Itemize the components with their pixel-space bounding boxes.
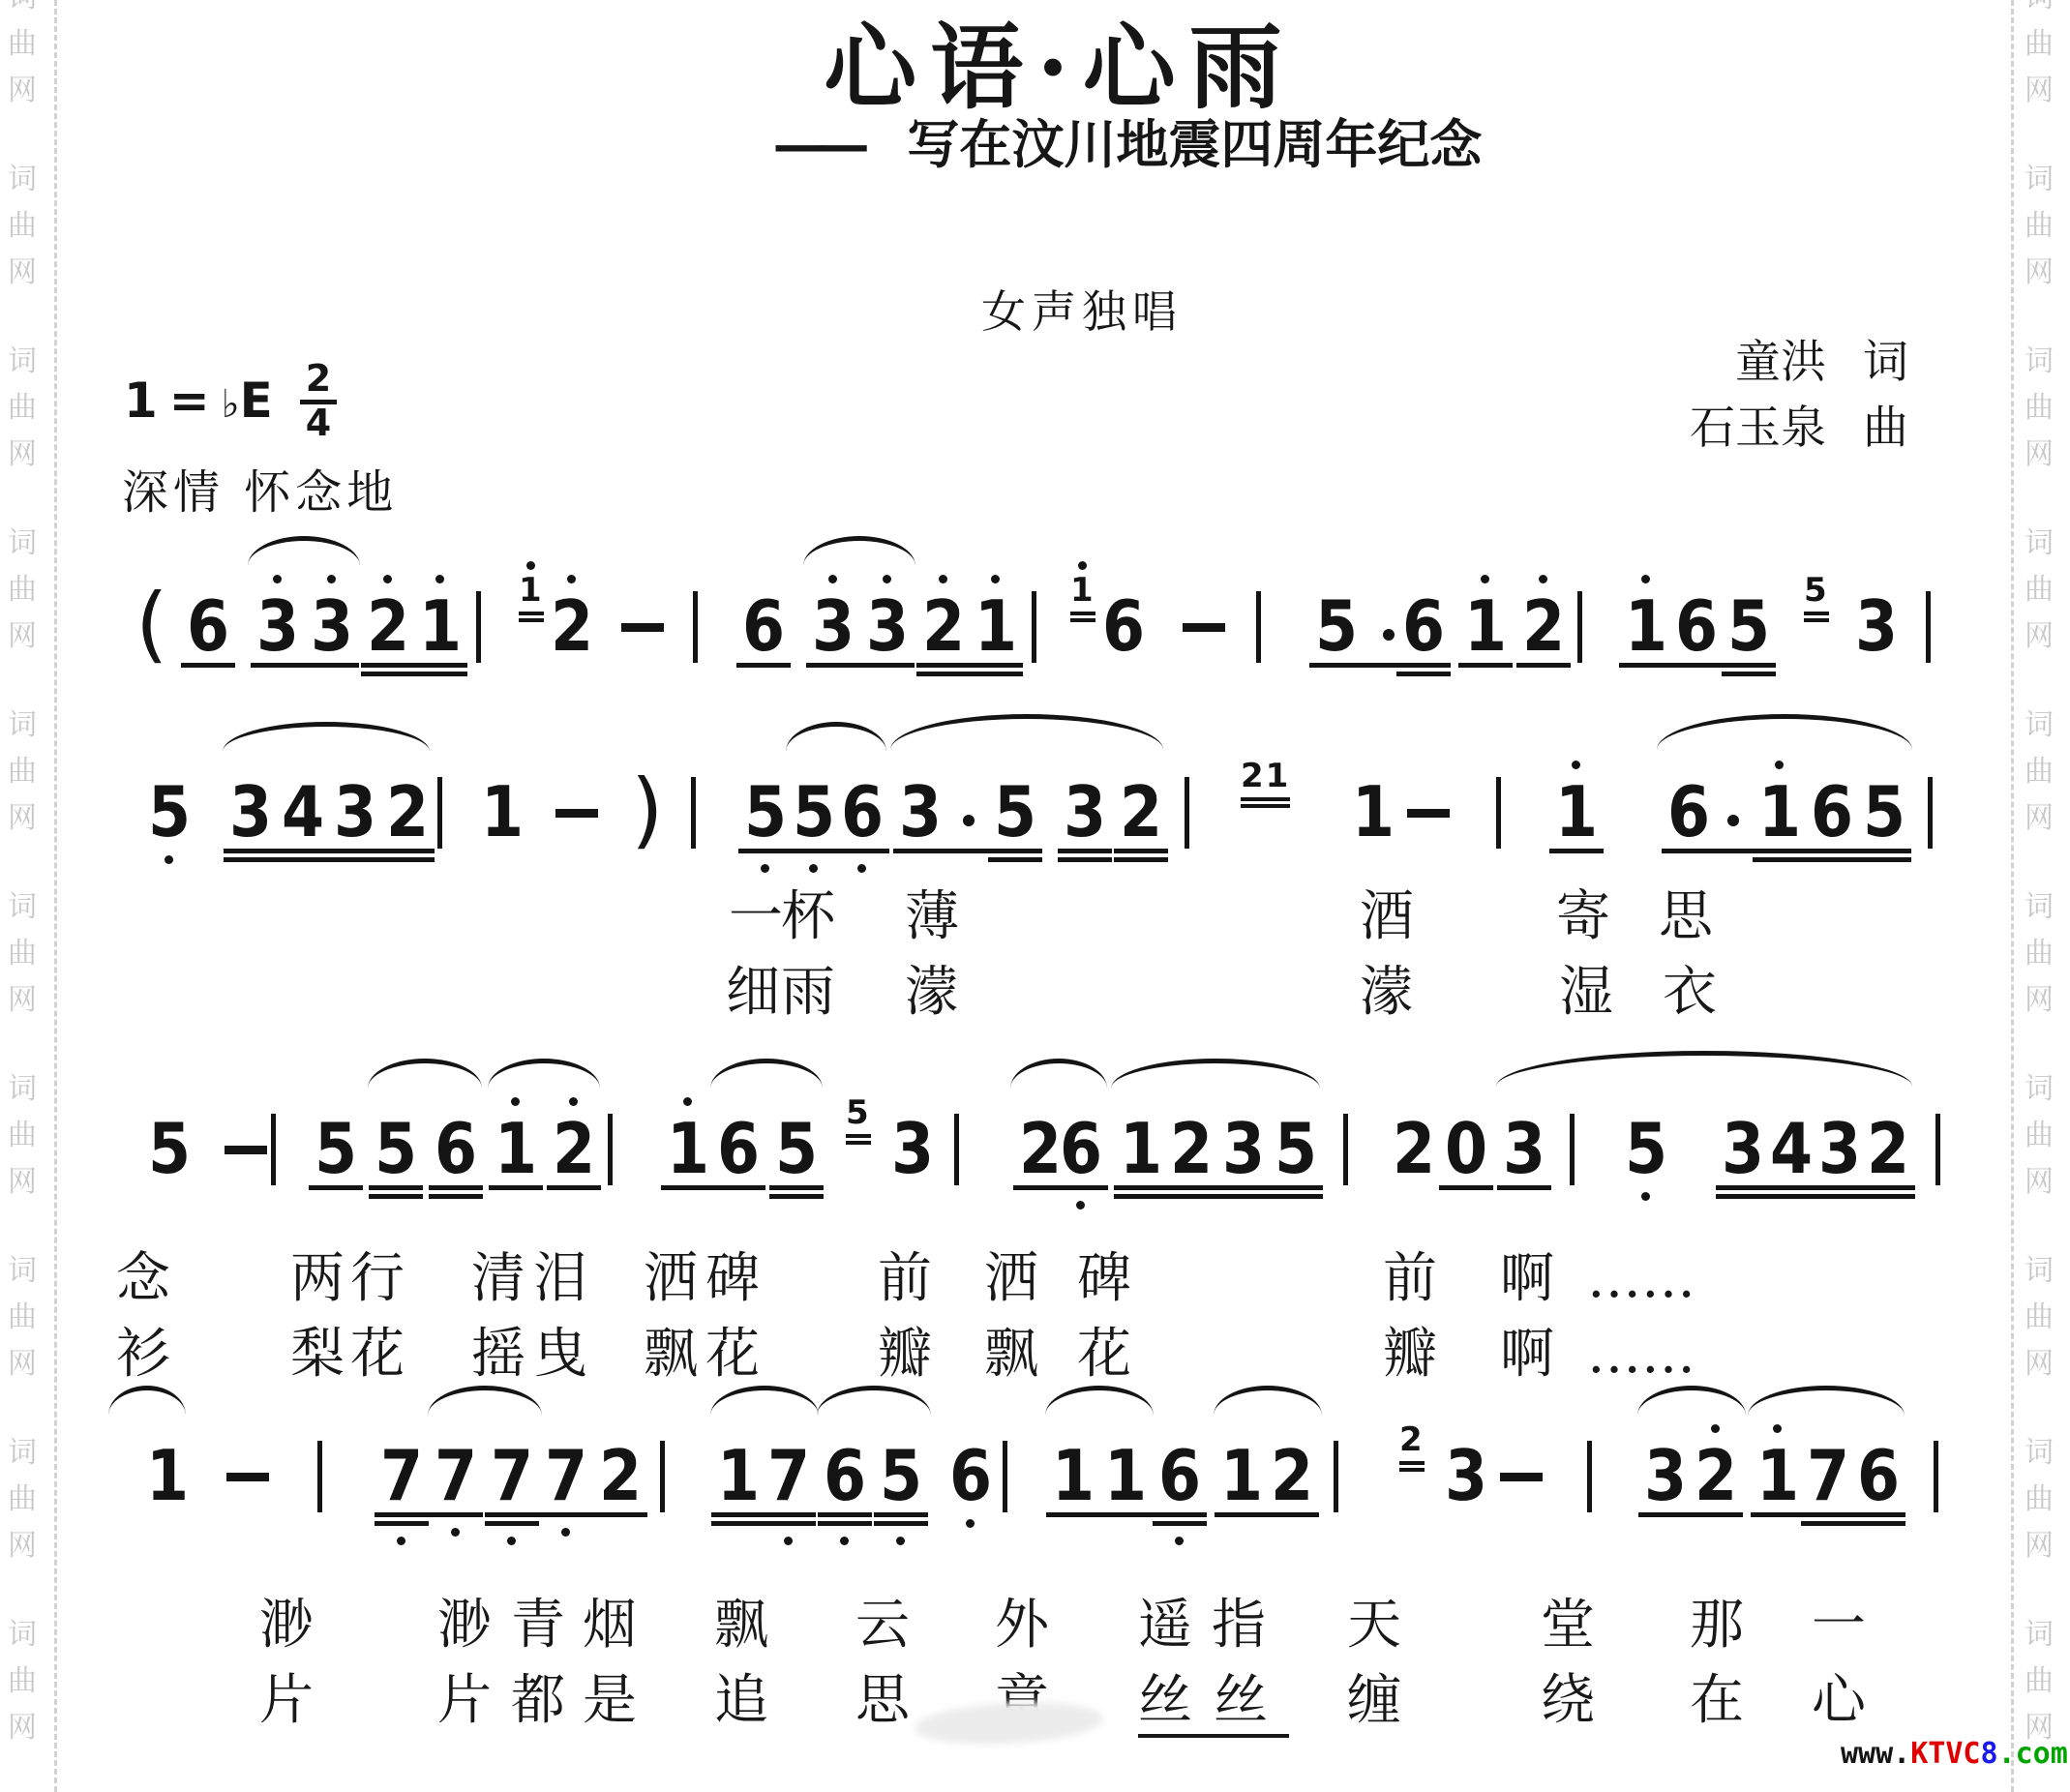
lyric-syllable: 啊 — [1500, 1248, 1554, 1310]
song-title: 心语·心雨 — [824, 19, 1295, 117]
watermark-character: 网 — [2025, 985, 2054, 1016]
jianpu-note: 6 — [432, 1111, 480, 1186]
parenthesis: ) — [631, 766, 664, 853]
note-digit: 6 — [1158, 1438, 1201, 1513]
watermark-character: 曲 — [2025, 1302, 2054, 1333]
jianpu-note: 6 — [184, 588, 232, 664]
jianpu-note: 3 — [1641, 1438, 1690, 1513]
barline — [693, 591, 698, 663]
side-watermark-text: 词曲网 — [8, 0, 37, 106]
composer-name: 石玉泉 — [1690, 403, 1826, 455]
watermark-character: 曲 — [8, 1302, 37, 1333]
subtitle-dash: —— — [773, 113, 862, 175]
lyric-syllable: 花 — [350, 1324, 405, 1386]
note-digit: 3 — [899, 774, 942, 850]
beam-line — [1619, 663, 1673, 668]
watermark-character: 曲 — [8, 939, 37, 970]
augmentation-dot — [1727, 815, 1739, 826]
note-digit: 6 — [1857, 1438, 1900, 1513]
side-watermark-text: 词曲网 — [8, 892, 37, 1016]
lyric-syllable: …… — [1587, 1324, 1695, 1386]
note-digit: 3 — [891, 1111, 934, 1186]
octave-dot-above — [1539, 575, 1547, 583]
beam-line — [1861, 1194, 1915, 1199]
lyricist-name: 童洪 — [1735, 337, 1826, 389]
jianpu-note: 3 — [331, 774, 379, 850]
jianpu-note: 6 — [1808, 774, 1856, 850]
beam-line — [276, 857, 330, 862]
jianpu-note: 2 — [383, 774, 432, 850]
beam-line — [969, 672, 1023, 676]
beam-line — [429, 1512, 483, 1517]
jianpu-note: 1 — [1101, 1438, 1150, 1513]
note-digit: 2 — [922, 588, 965, 664]
beam-line — [1058, 857, 1112, 862]
note-digit: 1 — [1756, 1438, 1799, 1513]
octave-dot-below — [451, 1528, 460, 1537]
watermark-character: 曲 — [2025, 393, 2054, 424]
lyric-syllable: 湿 — [1559, 962, 1613, 1024]
octave-dot-above — [1078, 561, 1087, 570]
octave-dot-below — [857, 864, 866, 873]
jianpu-note: 6 — [1155, 1438, 1204, 1513]
beam-line — [787, 849, 841, 853]
jianpu-note: 3 — [863, 588, 912, 664]
jianpu-note: 1 — [1552, 774, 1601, 850]
jianpu-note: 7 — [542, 1438, 590, 1513]
beam-line — [224, 857, 278, 862]
beam-line — [1516, 663, 1571, 668]
barline — [476, 591, 481, 663]
lyric-syllable: 云 — [855, 1595, 910, 1657]
jianpu-note: 3 — [888, 1111, 937, 1186]
jianpu-note: 5 — [372, 1111, 420, 1186]
dotted-note-dot — [1709, 774, 1757, 850]
octave-dot-above — [1711, 1424, 1720, 1433]
watermark-character: 曲 — [8, 211, 37, 242]
beam-line — [762, 1512, 816, 1517]
lyric-syllable: 是 — [583, 1670, 637, 1732]
jianpu-note: 2 — [550, 1111, 598, 1186]
jianpu-note: 2 — [548, 588, 596, 664]
beam-line — [1269, 1194, 1323, 1199]
beam-line — [429, 1194, 483, 1199]
note-digit: 2 — [1393, 1111, 1435, 1186]
watermark-character: 词 — [8, 1620, 37, 1651]
lyric-syllable: 两 — [290, 1248, 345, 1310]
jianpu-note: 2 — [1117, 774, 1165, 850]
lyric-syllable: 一 — [1812, 1595, 1866, 1657]
jianpu-note: 5 — [1272, 1111, 1320, 1186]
song-subtitle: —— 写在汶川地震四周年纪念 — [773, 116, 1483, 173]
note-digit: 6 — [824, 1438, 866, 1513]
lyric-syllable: 寄 — [1556, 886, 1610, 948]
beam-line — [835, 849, 889, 853]
watermark-character: 网 — [8, 985, 37, 1016]
beam-line — [489, 1185, 543, 1190]
beam-line — [1164, 1194, 1218, 1199]
barline — [1577, 591, 1582, 663]
beam-line — [1114, 1194, 1168, 1199]
slur — [710, 1059, 823, 1089]
beam-line — [1764, 1185, 1818, 1190]
slur — [1010, 1059, 1107, 1089]
octave-dot-above — [569, 1097, 578, 1106]
beam-line — [1153, 1512, 1207, 1517]
site-watermark-segment: KTVC — [1910, 1737, 1980, 1771]
lyric-syllable: 泪 — [533, 1248, 587, 1310]
lyric-syllable: 曳 — [533, 1324, 587, 1386]
key-equals: = — [169, 373, 210, 429]
beam-line — [1439, 1185, 1493, 1190]
beam-line — [380, 849, 435, 853]
octave-dot-above — [883, 575, 891, 583]
octave-dot-below — [896, 1537, 905, 1545]
beam-line — [309, 1185, 363, 1190]
octave-dot-below — [784, 1537, 793, 1545]
watermark-character: 曲 — [8, 1484, 37, 1515]
lyric-syllable: 梨 — [290, 1324, 345, 1386]
watermark-character: 网 — [8, 257, 37, 288]
time-signature: 2 4 — [300, 360, 337, 442]
watermark-character: 曲 — [2025, 939, 2054, 970]
lyric-syllable: 濛 — [1360, 962, 1414, 1024]
watermark-character: 网 — [2025, 1349, 2054, 1380]
barline — [1926, 591, 1931, 663]
note-digit: 1 — [495, 1111, 537, 1186]
octave-dot-above — [273, 575, 282, 583]
grace-note-beams: 1 — [1070, 573, 1095, 622]
watermark-character: 网 — [2025, 75, 2054, 106]
jianpu-note: 2 — [1864, 1111, 1912, 1186]
octave-dot-above — [828, 575, 837, 583]
octave-dot-below — [1076, 1201, 1085, 1210]
jianpu-note: 1 — [492, 1111, 540, 1186]
note-digit: 1 — [1052, 1438, 1095, 1513]
beam-line — [1269, 1185, 1323, 1190]
note-digit: 3 — [1722, 1111, 1764, 1186]
note-digit: 5 — [315, 1111, 357, 1186]
note-digit: 1 — [481, 774, 524, 850]
slur — [786, 722, 886, 752]
beam-line — [1497, 1185, 1551, 1190]
beam-line — [1309, 663, 1364, 668]
lyric-syllable: …… — [1587, 1248, 1695, 1310]
side-watermark-text: 词曲网 — [8, 710, 37, 834]
note-digit: 3 — [866, 588, 909, 664]
lyric-syllable: 念 — [116, 1248, 170, 1310]
beam-line — [361, 672, 415, 676]
jianpu-note: 3 — [1815, 1111, 1864, 1186]
jianpu-note: 2 — [919, 588, 968, 664]
barline — [1934, 1441, 1938, 1512]
note-digit: 5 — [1727, 588, 1770, 664]
slur — [1748, 1386, 1905, 1416]
jianpu-note: 3 — [226, 774, 275, 850]
jianpu-note: 1 — [1117, 1111, 1165, 1186]
voice-type-label: 女声独唱 — [981, 277, 1183, 341]
jianpu-note: 6 — [714, 1111, 763, 1186]
beam-line — [1813, 1185, 1867, 1190]
watermark-character: 网 — [2025, 1167, 2054, 1198]
beam-line — [1716, 1185, 1770, 1190]
slur — [368, 1059, 482, 1089]
beam-line — [893, 849, 947, 853]
octave-dot-above — [683, 1097, 692, 1106]
jianpu-note: 3 — [809, 588, 857, 664]
note-digit: 3 — [1644, 1438, 1687, 1513]
jianpu-note: 3 — [1219, 1111, 1268, 1186]
beam-line — [711, 1512, 765, 1517]
jianpu-note: 1 — [1461, 588, 1510, 664]
beam-line — [429, 1185, 483, 1190]
note-digit: 6 — [742, 588, 785, 664]
jianpu-note: 6 — [1399, 588, 1448, 664]
note-digit: 5 — [775, 1111, 818, 1186]
jianpu-note: 3 — [254, 588, 302, 664]
beam-line — [1813, 1194, 1867, 1199]
grace-note-digits: 21 — [1241, 759, 1290, 801]
slur — [428, 1386, 542, 1416]
jianpu-note: 5 — [1725, 588, 1773, 664]
octave-dot-above — [1641, 575, 1650, 583]
slur — [1496, 1051, 1912, 1087]
watermark-character: 网 — [8, 803, 37, 834]
watermark-character: 词 — [2025, 1256, 2054, 1287]
watermark-character: 曲 — [2025, 1484, 2054, 1515]
lyric-syllable: 指 — [1212, 1595, 1266, 1657]
lyric-syllable: 薄 — [905, 886, 959, 948]
jianpu-note: 1 — [416, 588, 465, 664]
beam-line — [738, 849, 793, 853]
jianpu-note: 5 — [145, 1111, 194, 1186]
jianpu-note: 5 — [1622, 1111, 1670, 1186]
lyric-syllable: 片 — [437, 1670, 492, 1732]
beam-line — [380, 857, 435, 862]
beam-line — [1153, 1521, 1207, 1526]
note-digit: 3 — [1503, 1111, 1545, 1186]
watermark-character: 曲 — [8, 393, 37, 424]
barline — [1256, 591, 1261, 663]
octave-dot-below — [397, 1537, 405, 1545]
note-digit: 5 — [148, 1111, 191, 1186]
beam-line — [1114, 1185, 1168, 1190]
lyric-syllable: 都 — [511, 1670, 565, 1732]
sustain-dash — [226, 1473, 269, 1481]
barline — [317, 1441, 322, 1512]
slur — [710, 1386, 819, 1416]
beam-line — [711, 1185, 765, 1190]
barline — [1496, 777, 1501, 849]
lyric-syllable: 天 — [1347, 1595, 1401, 1657]
beam-line — [1638, 1512, 1693, 1517]
side-watermark-text: 词曲网 — [2025, 164, 2054, 288]
lyric-syllable: 碑 — [1077, 1248, 1131, 1310]
note-digit: 2 — [1170, 1111, 1213, 1186]
jianpu-note: 5 — [991, 774, 1039, 850]
grace-note: 1 — [519, 573, 544, 622]
barline — [1570, 1114, 1575, 1185]
note-digit: 3 — [1445, 1438, 1487, 1513]
watermark-character: 曲 — [8, 757, 37, 788]
beam-line — [769, 1185, 824, 1190]
jianpu-note: 5 — [741, 774, 790, 850]
watermark-character: 网 — [2025, 1531, 2054, 1562]
lyric-syllable: 行 — [350, 1248, 405, 1310]
lyric-syllable: 花 — [705, 1324, 760, 1386]
grace-note: 1 — [1070, 573, 1095, 622]
beam-line — [661, 1185, 715, 1190]
note-digit: 5 — [744, 774, 787, 850]
note-digit: 1 — [1220, 1438, 1263, 1513]
jianpu-note: 6 — [821, 1438, 869, 1513]
key-name: ♭E — [222, 373, 273, 429]
lyric-syllable: 花 — [1077, 1324, 1131, 1386]
lyric-syllable: 衫 — [116, 1324, 170, 1386]
barline — [1928, 777, 1933, 849]
jianpu-note: 2 — [1390, 1111, 1438, 1186]
beam-line — [916, 663, 971, 668]
jianpu-note: 1 — [1755, 774, 1804, 850]
lyric-syllable: 瓣 — [878, 1324, 932, 1386]
note-digit: 7 — [380, 1438, 423, 1513]
note-digit: 2 — [367, 588, 409, 664]
slur — [1657, 714, 1912, 750]
jianpu-note: 4 — [1767, 1111, 1815, 1186]
beam-line — [1114, 857, 1168, 862]
beam-line — [874, 1521, 928, 1526]
grace-note: 5 — [846, 1095, 871, 1145]
note-digit: 6 — [1102, 588, 1145, 664]
time-signature-denominator: 4 — [306, 404, 331, 442]
side-watermark-text: 词曲网 — [2025, 1620, 2054, 1744]
note-digit: 5 — [1275, 1111, 1317, 1186]
note-digit: 4 — [282, 774, 324, 850]
lyric-syllable: 那 — [1690, 1595, 1744, 1657]
lyric-syllable: 片 — [259, 1670, 314, 1732]
side-watermark-text: 词曲网 — [2025, 0, 2054, 106]
sustain-dash — [1183, 623, 1225, 632]
augmentation-dot — [1383, 629, 1395, 641]
note-digit: 3 — [1855, 588, 1898, 664]
beam-line — [1265, 1512, 1319, 1517]
octave-dot-above — [991, 575, 1000, 583]
watermark-character: 曲 — [2025, 29, 2054, 60]
jianpu-note: 6 — [1672, 588, 1721, 664]
watermark-character: 曲 — [2025, 575, 2054, 606]
lyric-syllable: 细 — [726, 962, 780, 1024]
beam-line — [818, 1512, 872, 1517]
note-digit: 6 — [1675, 588, 1718, 664]
tempo-marking: 深情 怀念地 — [122, 455, 398, 522]
barline — [437, 777, 442, 849]
beam-line — [1857, 849, 1911, 853]
credits: 童洪 词 石玉泉 曲 — [1686, 337, 1908, 455]
note-digit: 2 — [553, 1111, 595, 1186]
watermark-character: 曲 — [8, 1666, 37, 1697]
slur — [817, 1386, 931, 1416]
watermark-character: 词 — [8, 1256, 37, 1287]
note-digit: 5 — [793, 774, 835, 850]
lyric-syllable: 洒 — [984, 1248, 1038, 1310]
beam-line — [305, 663, 359, 668]
beam-line — [547, 1185, 601, 1190]
note-digit: 1 — [419, 588, 462, 664]
beam-line — [1396, 663, 1451, 668]
beam-line — [1857, 857, 1911, 862]
beam-line — [485, 1512, 539, 1517]
beam-line — [806, 663, 860, 668]
beam-line — [711, 1521, 765, 1526]
note-digit: 2 — [1867, 1111, 1909, 1186]
jianpu-note: 3 — [1719, 1111, 1767, 1186]
beam-line — [539, 1512, 593, 1517]
lyric-syllable: 前 — [1383, 1248, 1437, 1310]
note-digit: 5 — [1863, 774, 1905, 850]
note-digit: 6 — [187, 588, 229, 664]
lyricist-role: 词 — [1863, 337, 1908, 389]
barline — [1185, 777, 1189, 849]
jianpu-note: 1 — [478, 774, 526, 850]
lyric-syllable: 渺 — [437, 1595, 492, 1657]
parenthesis: ( — [135, 581, 168, 668]
watermark-character: 曲 — [2025, 757, 2054, 788]
note-digit: 1 — [1625, 588, 1667, 664]
lyric-syllable: 外 — [995, 1595, 1049, 1657]
lyric-syllable: 雨 — [781, 962, 835, 1024]
watermark-character: 词 — [8, 892, 37, 923]
note-digit: 6 — [949, 1438, 992, 1513]
watermark-character: 词 — [2025, 0, 2054, 14]
note-digit: 5 — [148, 774, 191, 850]
barline — [1935, 1114, 1940, 1185]
slur — [890, 714, 1163, 750]
note-digit: 7 — [545, 1438, 587, 1513]
note-digit: 7 — [491, 1438, 533, 1513]
beam-line — [818, 1521, 872, 1526]
watermark-character: 曲 — [8, 29, 37, 60]
watermark-character: 网 — [8, 1713, 37, 1744]
note-digit: 1 — [1758, 774, 1801, 850]
note-digit: 1 — [1464, 588, 1507, 664]
jianpu-note: 6 — [838, 774, 886, 850]
watermark-character: 词 — [2025, 710, 2054, 741]
beam-line — [874, 1512, 928, 1517]
watermark-character: 曲 — [2025, 1120, 2054, 1151]
jianpu-note: 1 — [1754, 1438, 1802, 1513]
jianpu-note: 7 — [432, 1438, 480, 1513]
watermark-character: 网 — [8, 75, 37, 106]
lyric-syllable: 清 — [471, 1248, 525, 1310]
side-watermark-text: 词曲网 — [2025, 346, 2054, 470]
jianpu-note: 6 — [1665, 774, 1713, 850]
note-digit: 6 — [717, 1111, 760, 1186]
watermark-character: 网 — [8, 1167, 37, 1198]
octave-dot-above — [567, 575, 576, 583]
beam-line — [1669, 663, 1724, 668]
beam-line — [1861, 1185, 1915, 1190]
side-watermark-text: 词曲网 — [2025, 892, 2054, 1016]
beam-line — [1114, 849, 1168, 853]
lyric-syllable: 心 — [1812, 1670, 1866, 1732]
beam-line — [1058, 849, 1112, 853]
note-digit: 1 — [975, 588, 1017, 664]
watermark-character: 词 — [2025, 1620, 2054, 1651]
lyric-syllable: 缠 — [1347, 1670, 1401, 1732]
note-digit: 2 — [386, 774, 429, 850]
note-digit: 1 — [667, 1111, 709, 1186]
note-digit: 4 — [1770, 1111, 1813, 1186]
